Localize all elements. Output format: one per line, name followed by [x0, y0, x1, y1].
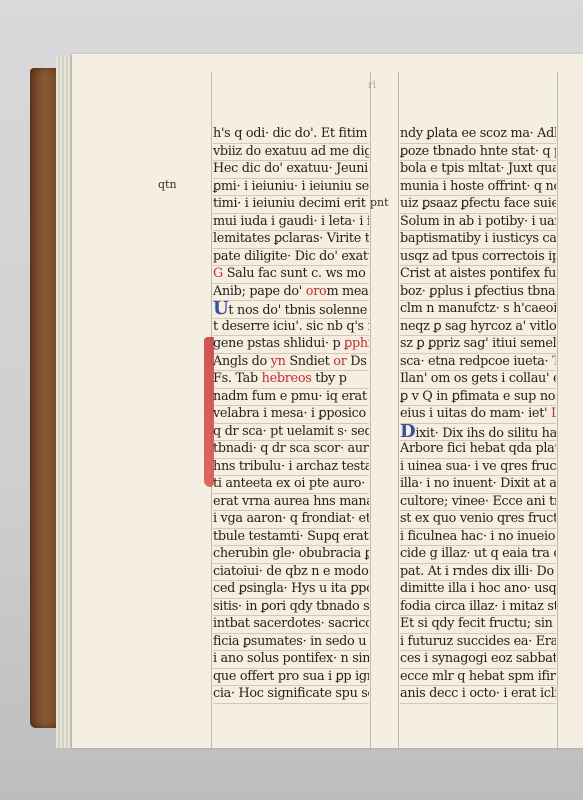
- manuscript-page: rl qtn pnt h's q odi· dic do'. Et fitim …: [72, 54, 583, 748]
- text-line: timi· i ieiuniu decimi erit do: [213, 196, 369, 214]
- text-line: Anib; pape do' orom mea. oro: [213, 284, 369, 302]
- text-line: cia· Hoc significate spu seo: [213, 686, 369, 704]
- text-line: ciatoiui· de qbz n e modo di: [213, 564, 369, 582]
- text-line: pat. At i rndes dix illi· Do: [400, 564, 556, 582]
- text-line: munia i hoste offrint· q no: [400, 179, 556, 197]
- text-line: ꝑ v Q in ꝑfimata e sup nos mia: [400, 389, 556, 407]
- text-line: anis decc i octo· i erat iclina: [400, 686, 556, 704]
- text-line: tbule testamti· Supq erat: [213, 529, 369, 547]
- text-line: intbat sacerdotes· sacricoz of: [213, 616, 369, 634]
- text-line: bola e tpis mltat· Juxt quaz: [400, 161, 556, 179]
- text-line: clm n manufctz· s h'caeois: [400, 301, 556, 319]
- ruling-line: [370, 72, 371, 748]
- text-line: illa· i no inuent· Dixit at ad: [400, 476, 556, 494]
- text-line: sz ꝑ ꝑpriz sag' itiui semel m: [400, 336, 556, 354]
- ruling-line: [398, 72, 399, 748]
- text-line: velabra i mesa· i ꝑposico pan: [213, 406, 369, 424]
- text-line: eius i uitas do mam· iet' Lucam: [400, 406, 556, 424]
- text-line: pate diligite· Dic do' exatu: [213, 249, 369, 267]
- text-line: i vga aaron· q frondiat· et: [213, 511, 369, 529]
- text-line: hns tribulu· i archaz testam: [213, 459, 369, 477]
- ruling-line: [557, 72, 558, 748]
- text-line: nadm fum e pmu· iq erat ca: [213, 389, 369, 407]
- text-line: i uinea sua· i ve qres fruct i: [400, 459, 556, 477]
- text-line: usqz ad tpus correctois ipositi: [400, 249, 556, 267]
- text-line: que offert pro sua i ꝑp igra: [213, 669, 369, 687]
- text-line: Ilan' om os gets i collau' e' os: [400, 371, 556, 389]
- text-line: i futuruz succides ea· Erat at do: [400, 634, 556, 652]
- text-line: ecce mlr q hebat spm ifirmitat: [400, 669, 556, 687]
- text-line: cide g illaz· ut q eaia tra occu: [400, 546, 556, 564]
- text-line: G Salu fac sunt c. ws mo spte ite: [213, 266, 369, 284]
- text-line: Ut nos do' tbnis solenne: [213, 301, 369, 319]
- text-line: dimitte illa i hoc ano· usqz du: [400, 581, 556, 599]
- text-line: t deserre iciu'. sic nb q's ind: [213, 319, 369, 337]
- text-line: ti anteeta ex oi pte auro· iq: [213, 476, 369, 494]
- text-line: neqz ꝑ sag hyrcoz a' vitloz: [400, 319, 556, 337]
- text-column-right: ndy ꝑlata ee scoz ma· Adhucꝑoze tbnado h…: [400, 126, 556, 704]
- text-line: Et si qdy fecit fructu; sin at: [400, 616, 556, 634]
- text-line: Fs. Tab hebreos tby p: [213, 371, 369, 389]
- text-line: ced ꝑsingla· Hys u ita ꝑpo: [213, 581, 369, 599]
- text-line: Solum in ab i potiby· i uarys: [400, 214, 556, 232]
- text-line: baptismatiby i iusticys carns: [400, 231, 556, 249]
- text-line: ficia ꝑsumates· in sedo u sel: [213, 634, 369, 652]
- text-column-left: h's q odi· dic do'. Et fitim estvbiiz do…: [213, 126, 369, 704]
- text-line: ꝑmi· i ieiuniu· i ieiuniu sep: [213, 179, 369, 197]
- text-line: mui iuda i gaudi· i leta· i iso: [213, 214, 369, 232]
- text-line: Crist at aistes pontifex futoz: [400, 266, 556, 284]
- text-line: Arbore fici hebat qda plata: [400, 441, 556, 459]
- margin-note-left: qtn: [158, 178, 177, 191]
- text-line: sca· etna redpcoe iueta· Tract: [400, 354, 556, 372]
- text-line: i ficulnea hac· i no inueio· suc: [400, 529, 556, 547]
- text-line: uiz ꝑsaaz ꝑfectu face suiete: [400, 196, 556, 214]
- text-line: boz· ꝑplus i ꝑfectius tbna: [400, 284, 556, 302]
- text-line: erat vrna aurea hns mana·: [213, 494, 369, 512]
- text-line: ꝑoze tbnado hnte stat· q pa: [400, 144, 556, 162]
- text-line: cherubin gle· obubracia ꝑpi: [213, 546, 369, 564]
- text-line: tbnadi· q dr sca scor· aure: [213, 441, 369, 459]
- text-line: sitis· in ꝑori qdy tbnado sp: [213, 599, 369, 617]
- text-line: cultore; vinee· Ecce ani tres: [400, 494, 556, 512]
- text-line: Dixit· Dix ihs do silitu hanc: [400, 424, 556, 442]
- text-line: ndy ꝑlata ee scoz ma· Adhuc: [400, 126, 556, 144]
- margin-note-center: pnt: [370, 196, 389, 209]
- text-line: h's q odi· dic do'. Et fitim est: [213, 126, 369, 144]
- text-line: Hec dic do' exatuu· Jeuni: [213, 161, 369, 179]
- text-line: gene pstas shlidui· p ꝑphia: [213, 336, 369, 354]
- text-line: ces i synagogi eoz sabbat· Et: [400, 651, 556, 669]
- text-line: st ex quo venio qres fructu: [400, 511, 556, 529]
- text-line: fodia circa illaz· i mitaz stcra·: [400, 599, 556, 617]
- text-line: vbiiz do exatuu ad me dig: [213, 144, 369, 162]
- text-line: Angls do yn Sndiet or Ds q: [213, 354, 369, 372]
- text-line: i ano solus pontifex· n sin sag: [213, 651, 369, 669]
- text-line: lemitates ꝑclaras· Virite tm et: [213, 231, 369, 249]
- text-line: q dr sca· pt uelamit s· sed: [213, 424, 369, 442]
